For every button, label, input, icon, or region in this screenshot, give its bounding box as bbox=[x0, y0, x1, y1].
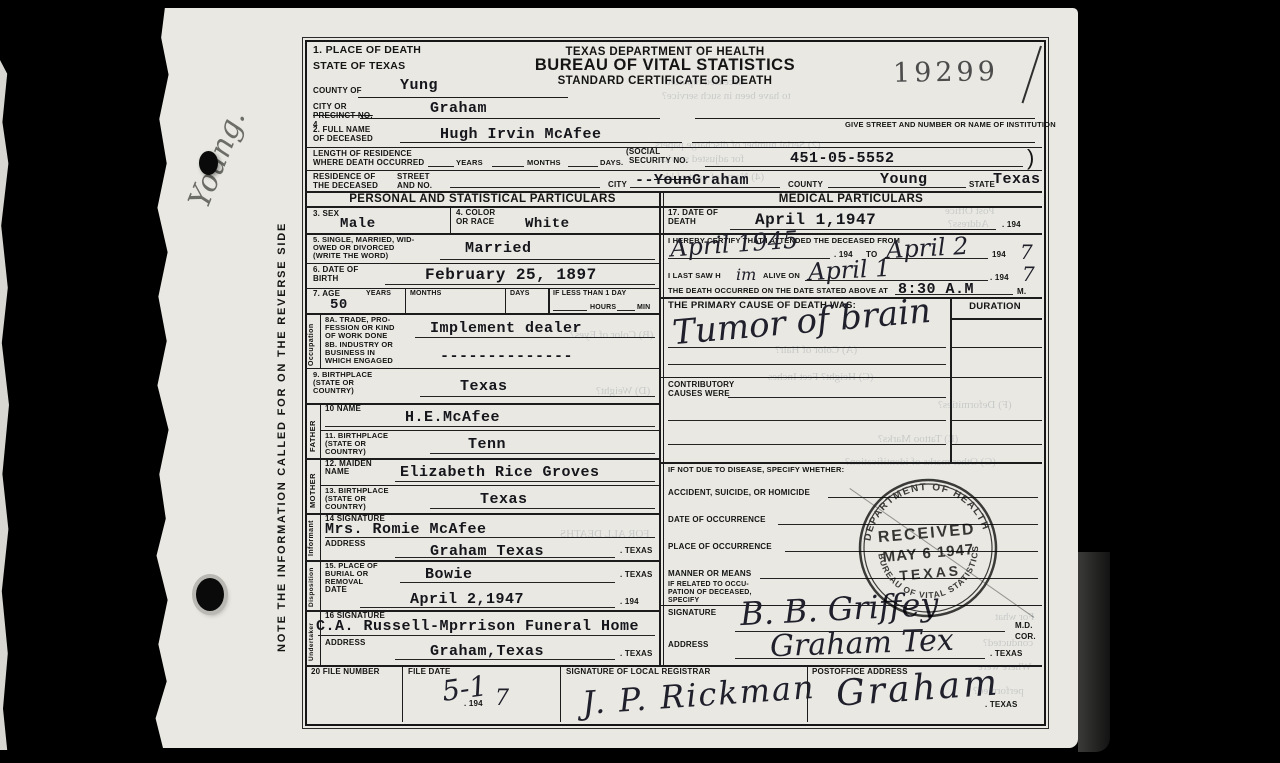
undertaker-addr-suffix: . TEXAS bbox=[620, 650, 653, 658]
marital-value: Married bbox=[465, 240, 532, 257]
bleedthrough-text: For what bbox=[995, 611, 1034, 623]
color-label-2: OR RACE bbox=[456, 218, 494, 226]
bleedthrough-text: for adjusted service bbox=[658, 153, 744, 165]
county-value: Yung bbox=[400, 77, 438, 94]
page-curl-shadow bbox=[1078, 552, 1110, 752]
related-occupation-label-1: IF RELATED TO OCCU- bbox=[668, 581, 749, 588]
duration-label: DURATION bbox=[950, 302, 1040, 312]
city-field-label: CITY bbox=[608, 181, 627, 189]
months-label: MONTHS bbox=[527, 159, 561, 167]
age-years-label: YEARS bbox=[366, 290, 391, 297]
attended-to-handwriting: April 2 bbox=[885, 232, 969, 264]
dob-label-2: BIRTH bbox=[313, 275, 338, 283]
personal-section-header: PERSONAL AND STATISTICAL PARTICULARS bbox=[305, 193, 660, 205]
dod-suffix: . 194 bbox=[1002, 221, 1021, 229]
undertaker-side-label: Undertaker bbox=[308, 623, 315, 661]
received-stamp: DEPARTMENT OF HEALTH BUREAU OF VITAL STA… bbox=[850, 470, 1006, 626]
physician-address-label: ADDRESS bbox=[668, 641, 709, 649]
place-occurrence-label: PLACE OF OCCURRENCE bbox=[668, 543, 772, 551]
medical-section-header: MEDICAL PARTICULARS bbox=[660, 193, 1042, 205]
punch-hole-bottom bbox=[196, 578, 224, 611]
father-side-label: FATHER bbox=[308, 420, 317, 452]
disposition-side-label: Disposition bbox=[308, 567, 315, 607]
institution-note: GIVE STREET AND NUMBER OR NAME OF INSTIT… bbox=[845, 121, 1056, 129]
industry-value: -------------- bbox=[440, 348, 573, 365]
mother-side-label: MOTHER bbox=[308, 473, 317, 508]
county-of-label: COUNTY OF bbox=[313, 87, 362, 95]
state-of-texas-label: STATE OF TEXAS bbox=[313, 61, 405, 72]
residence-county-value: Young bbox=[880, 171, 928, 188]
state-field-label: STATE bbox=[969, 181, 995, 189]
maiden-label-2: NAME bbox=[325, 468, 349, 476]
industry-label-3: WHICH ENGAGED bbox=[325, 357, 393, 365]
father-name-label: 10 NAME bbox=[325, 405, 361, 413]
precinct-label: PRECINCT NO. bbox=[313, 112, 373, 120]
file-number-label: 20 FILE NUMBER bbox=[311, 668, 380, 676]
marital-label-3: (WRITE THE WORD) bbox=[313, 252, 388, 260]
if-less-label: IF LESS THAN 1 DAY bbox=[553, 290, 626, 297]
mother-bp-value: Texas bbox=[480, 491, 528, 508]
burial-date-value: April 2,1947 bbox=[410, 591, 524, 608]
informant-addr-label: ADDRESS bbox=[325, 540, 366, 548]
undertaker-addr-value: Graham,Texas bbox=[430, 643, 544, 660]
bleedthrough-text: conducted? bbox=[983, 637, 1033, 649]
place-of-death-label: 1. PLACE OF DEATH bbox=[313, 45, 421, 56]
certificate-number-stamp: 19299 bbox=[893, 56, 999, 89]
cert-7b-handwriting: 7 bbox=[1022, 262, 1035, 286]
bleedthrough-text: Where were bbox=[978, 661, 1031, 673]
mother-bp-label-3: COUNTRY) bbox=[325, 503, 366, 511]
accident-label: ACCIDENT, SUICIDE, OR HOMICIDE bbox=[668, 489, 810, 497]
file-date-7-handwriting: 7 bbox=[495, 686, 509, 711]
birthplace-label-3: COUNTRY) bbox=[313, 387, 354, 395]
fullname-label-2: OF DECEASED bbox=[313, 135, 373, 143]
punch-hole-top bbox=[199, 151, 218, 175]
m-suffix: M. bbox=[1017, 288, 1026, 296]
page-edge-sliver bbox=[0, 60, 12, 750]
fullname-value: Hugh Irvin McAfee bbox=[440, 126, 602, 143]
undertaker-sig-value: C.A. Russell-Mprrison Funeral Home bbox=[316, 618, 639, 635]
bleedthrough-text: Address? bbox=[948, 218, 989, 230]
bleedthrough-text: (G) Other marks of identification? bbox=[845, 456, 996, 468]
informant-sig-value: Mrs. Romie McAfee bbox=[325, 521, 487, 538]
dob-value: February 25, 1897 bbox=[425, 266, 597, 284]
scanned-death-certificate: Young. NOTE THE INFORMATION CALLED FOR O… bbox=[0, 0, 1280, 763]
cert-194c: . 194 bbox=[990, 274, 1009, 282]
bleedthrough-text: Post Office bbox=[945, 205, 995, 217]
manner-means-label: MANNER OR MEANS bbox=[668, 570, 751, 578]
death-occurred-label: THE DEATH OCCURRED ON THE DATE STATED AB… bbox=[668, 287, 888, 295]
length-res-label-2: WHERE DEATH OCCURRED bbox=[313, 159, 424, 167]
city-value: Graham bbox=[430, 100, 487, 117]
bleedthrough-text: to have been in such service? bbox=[662, 90, 791, 102]
hours-label: HOURS bbox=[590, 304, 616, 311]
alive-on-label: ALIVE ON bbox=[763, 272, 800, 280]
bleedthrough-text: (A) Color of Hair? bbox=[775, 344, 857, 356]
burial-value: Bowie bbox=[425, 566, 473, 583]
bleedthrough-text: (E) Tattoo Marks? bbox=[878, 433, 958, 445]
sex-value: Male bbox=[340, 216, 376, 232]
physician-address-suffix: . TEXAS bbox=[990, 650, 1023, 658]
bleedthrough-text: (D) Weight? bbox=[596, 385, 650, 397]
burial-date-suffix: . 194 bbox=[620, 598, 639, 606]
physician-signature-label: SIGNATURE bbox=[668, 609, 716, 617]
ssn-value: 451-05-5552 bbox=[790, 150, 895, 167]
cert-194b: 194 bbox=[992, 251, 1006, 259]
trade-value: Implement dealer bbox=[430, 320, 582, 337]
street-label-2: AND NO. bbox=[397, 182, 432, 190]
color-value: White bbox=[525, 216, 570, 232]
stamp-texas: TEXAS bbox=[899, 562, 962, 583]
bleedthrough-text: (C) Height? Feet Inches bbox=[768, 371, 873, 383]
father-name-value: H.E.McAfee bbox=[405, 409, 500, 426]
years-label: YEARS bbox=[456, 159, 483, 167]
sex-label: 3. SEX bbox=[313, 210, 339, 218]
father-bp-label-3: COUNTRY) bbox=[325, 448, 366, 456]
bureau-title: BUREAU OF VITAL STATISTICS bbox=[490, 57, 840, 74]
residence-label-2: THE DECEASED bbox=[313, 182, 378, 190]
informant-side-label: Informant bbox=[308, 520, 315, 556]
reverse-side-note: NOTE THE INFORMATION CALLED FOR ON THE R… bbox=[276, 222, 288, 652]
dod-label-2: DEATH bbox=[668, 218, 696, 226]
alive-date-handwriting: April 1 bbox=[807, 254, 891, 286]
bleedthrough-text: FOR ALL DEATHS bbox=[560, 528, 649, 540]
contributory-label-2: CAUSES WERE bbox=[668, 390, 730, 398]
trade-label-3: OF WORK DONE bbox=[325, 332, 387, 340]
days-label: DAYS. bbox=[600, 159, 623, 167]
residence-state-value: Texas bbox=[993, 171, 1041, 188]
bleedthrough-text: deceased reported bbox=[665, 76, 744, 88]
age-months-label: MONTHS bbox=[410, 290, 442, 297]
date-occurrence-label: DATE OF OCCURRENCE bbox=[668, 516, 766, 524]
bleedthrough-text: (2) Serial number of discharge papers bbox=[655, 139, 821, 151]
burial-date-label: DATE bbox=[325, 586, 347, 594]
informant-addr-suffix: . TEXAS bbox=[620, 547, 653, 555]
if-not-disease-label: IF NOT DUE TO DISEASE, SPECIFY WHETHER: bbox=[668, 466, 844, 474]
bleedthrough-text: performed? bbox=[973, 685, 1024, 697]
burial-suffix: . TEXAS bbox=[620, 571, 653, 579]
file-date-194: . 194 bbox=[464, 700, 483, 708]
related-occupation-label-3: SPECIFY bbox=[668, 597, 699, 604]
age-value: 50 bbox=[330, 297, 348, 313]
father-bp-value: Tenn bbox=[468, 436, 506, 453]
last-saw-label: I LAST SAW H bbox=[668, 272, 721, 280]
county-field-label: COUNTY bbox=[788, 181, 823, 189]
birthplace-value: Texas bbox=[460, 378, 508, 395]
maiden-value: Elizabeth Rice Groves bbox=[400, 464, 600, 481]
min-label: MIN bbox=[637, 304, 650, 311]
cert-7a-handwriting: 7 bbox=[1020, 240, 1033, 264]
occupation-side-label: Occupation bbox=[308, 323, 315, 366]
bleedthrough-text: (F) Deformities? bbox=[938, 399, 1012, 411]
bleedthrough-text: (B) Color of Eyes? bbox=[570, 329, 653, 341]
bleedthrough-text: (4) Name of next of kin bbox=[660, 171, 764, 183]
md-label: M.D. bbox=[1015, 622, 1033, 630]
registrar-label: SIGNATURE OF LOCAL REGISTRAR bbox=[566, 668, 710, 676]
ssn-close-paren: ) bbox=[1027, 146, 1034, 169]
postoffice-suffix: . TEXAS bbox=[985, 701, 1018, 709]
undertaker-addr-label: ADDRESS bbox=[325, 639, 366, 647]
last-saw-him-handwriting: im bbox=[736, 265, 756, 284]
age-days-label: DAYS bbox=[510, 290, 530, 297]
